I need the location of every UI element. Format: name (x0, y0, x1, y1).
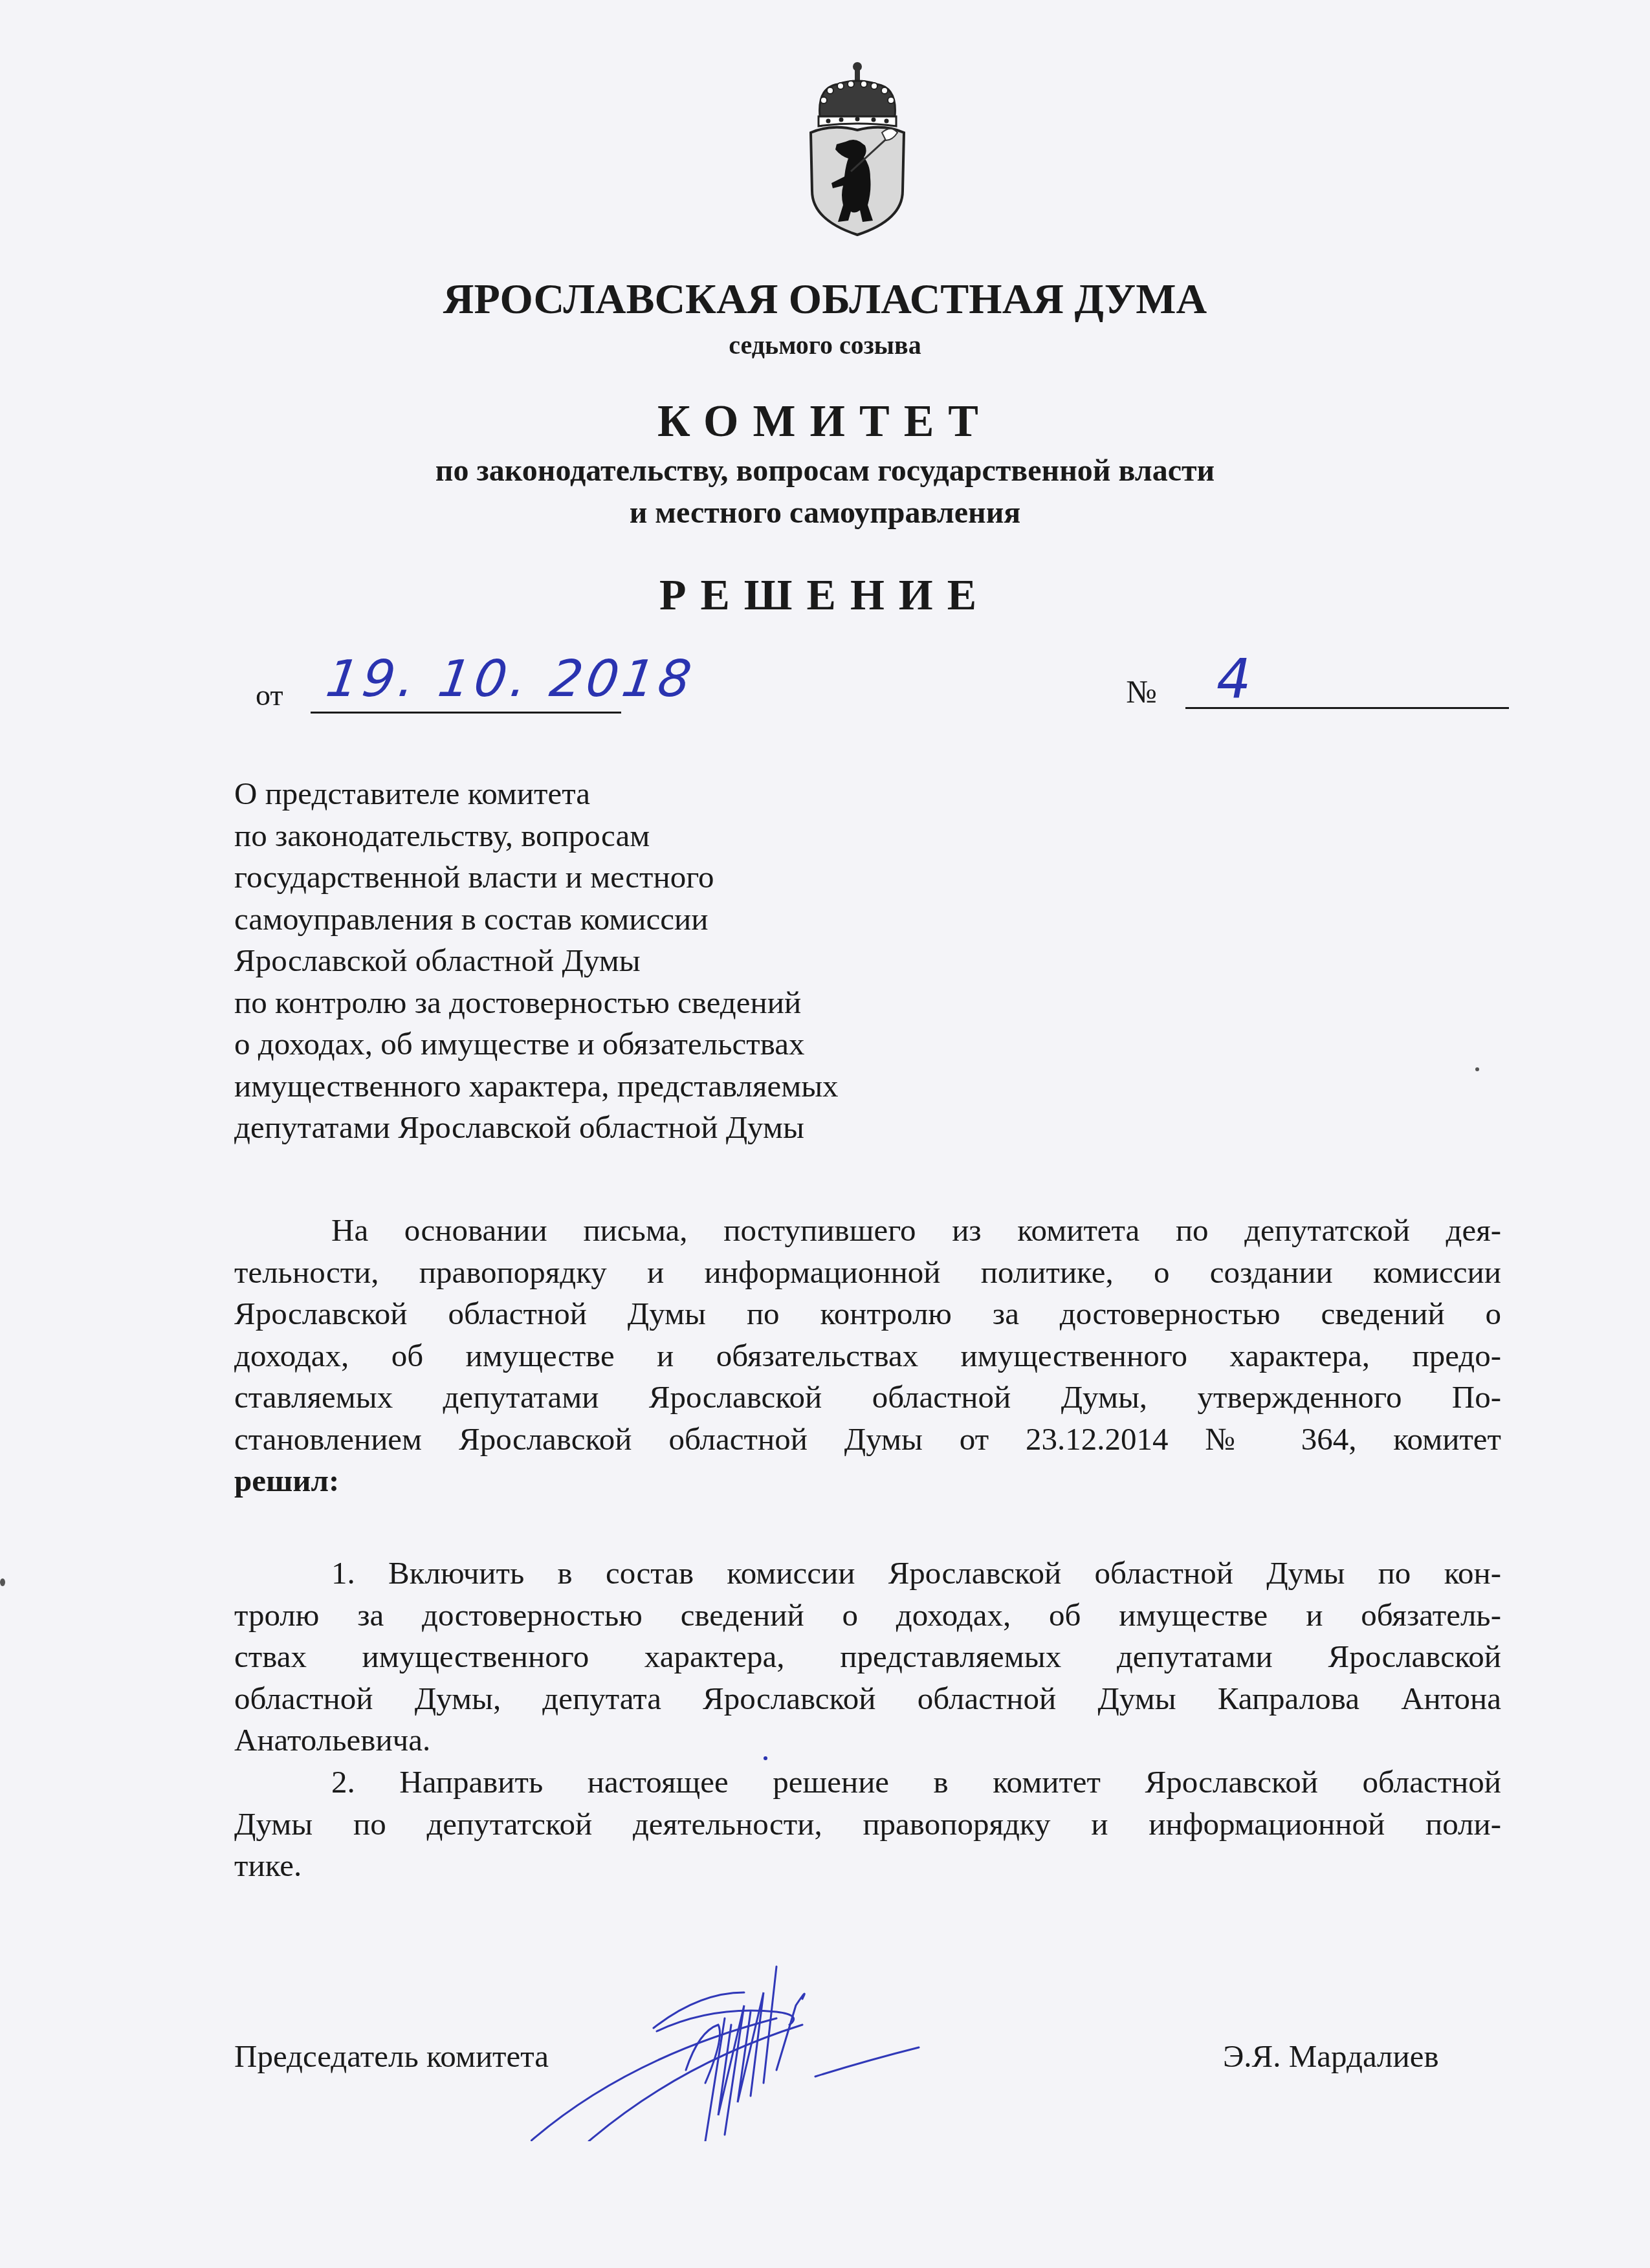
signatory-position: Председатель комитета (234, 2038, 549, 2075)
item-line: тике. (234, 1845, 1501, 1887)
subject-line: Ярославской областной Думы (234, 940, 839, 982)
number-handwritten-value: 4 (1216, 647, 1251, 710)
handwritten-signature-icon (531, 1954, 1113, 2141)
preamble-line: Ярославской областной Думы по контролю з… (234, 1293, 1501, 1335)
scan-speck (764, 1756, 767, 1760)
yaroslavl-coat-of-arms-icon (806, 61, 909, 236)
preamble-line: ставляемых депутатами Ярославской област… (234, 1377, 1501, 1419)
preamble-line: На основании письма, поступившего из ком… (234, 1210, 1501, 1252)
item-line: 2. Направить настоящее решение в комитет… (234, 1761, 1501, 1804)
date-handwritten-value: 19. 10. 2018 (323, 650, 699, 708)
subject-line: по контролю за достоверностью сведений (234, 982, 839, 1024)
organization-title: ЯРОСЛАВСКАЯ ОБЛАСТНАЯ ДУМА (0, 275, 1650, 324)
preamble-line: доходах, об имуществе и обязательствах и… (234, 1335, 1501, 1377)
subject-line: депутатами Ярославской областной Думы (234, 1107, 839, 1149)
preamble-line: становлением Ярославской областной Думы … (234, 1419, 1501, 1461)
subject-line: О представителе комитета (234, 773, 839, 815)
document-page: ЯРОСЛАВСКАЯ ОБЛАСТНАЯ ДУМА седьмого созы… (0, 0, 1650, 2268)
item-line: 1. Включить в состав комиссии Ярославско… (234, 1553, 1501, 1595)
preamble-line: тельности, правопорядку и информационной… (234, 1252, 1501, 1294)
resolved-label: решил: (234, 1462, 339, 1499)
committee-title: КОМИТЕТ (0, 396, 1650, 448)
item-line: Думы по депутатской деятельности, правоп… (234, 1804, 1501, 1846)
committee-name-line1: по законодательству, вопросам государств… (0, 453, 1650, 488)
convocation-label: седьмого созыва (0, 330, 1650, 360)
date-underline (311, 712, 621, 714)
item-line: ствах имущественного характера, представ… (234, 1636, 1501, 1678)
subject-line: о доходах, об имуществе и обязательствах (234, 1023, 839, 1065)
decision-item-1: 1. Включить в состав комиссии Ярославско… (234, 1553, 1501, 1761)
scan-speck (1475, 1067, 1479, 1071)
date-label: от (256, 678, 283, 712)
preamble-paragraph: На основании письма, поступившего из ком… (234, 1210, 1501, 1460)
subject-line: по законодательству, вопросам (234, 815, 839, 857)
committee-name-line2: и местного самоуправления (0, 495, 1650, 530)
scan-speck (0, 1578, 5, 1586)
item-line: Анатольевича. (234, 1719, 1501, 1761)
decision-item-2: 2. Направить настоящее решение в комитет… (234, 1761, 1501, 1887)
item-line: тролю за достоверностью сведений о доход… (234, 1595, 1501, 1637)
document-subject: О представителе комитета по законодатель… (234, 773, 839, 1149)
signatory-name: Э.Я. Мардалиев (1223, 2038, 1439, 2075)
document-type-title: РЕШЕНИЕ (0, 569, 1650, 620)
item-line: областной Думы, депутата Ярославской обл… (234, 1678, 1501, 1720)
number-label: № (1126, 673, 1157, 710)
subject-line: имущественного характера, представляемых (234, 1065, 839, 1107)
subject-line: государственной власти и местного (234, 856, 839, 899)
number-underline (1185, 707, 1509, 709)
subject-line: самоуправления в состав комиссии (234, 899, 839, 941)
